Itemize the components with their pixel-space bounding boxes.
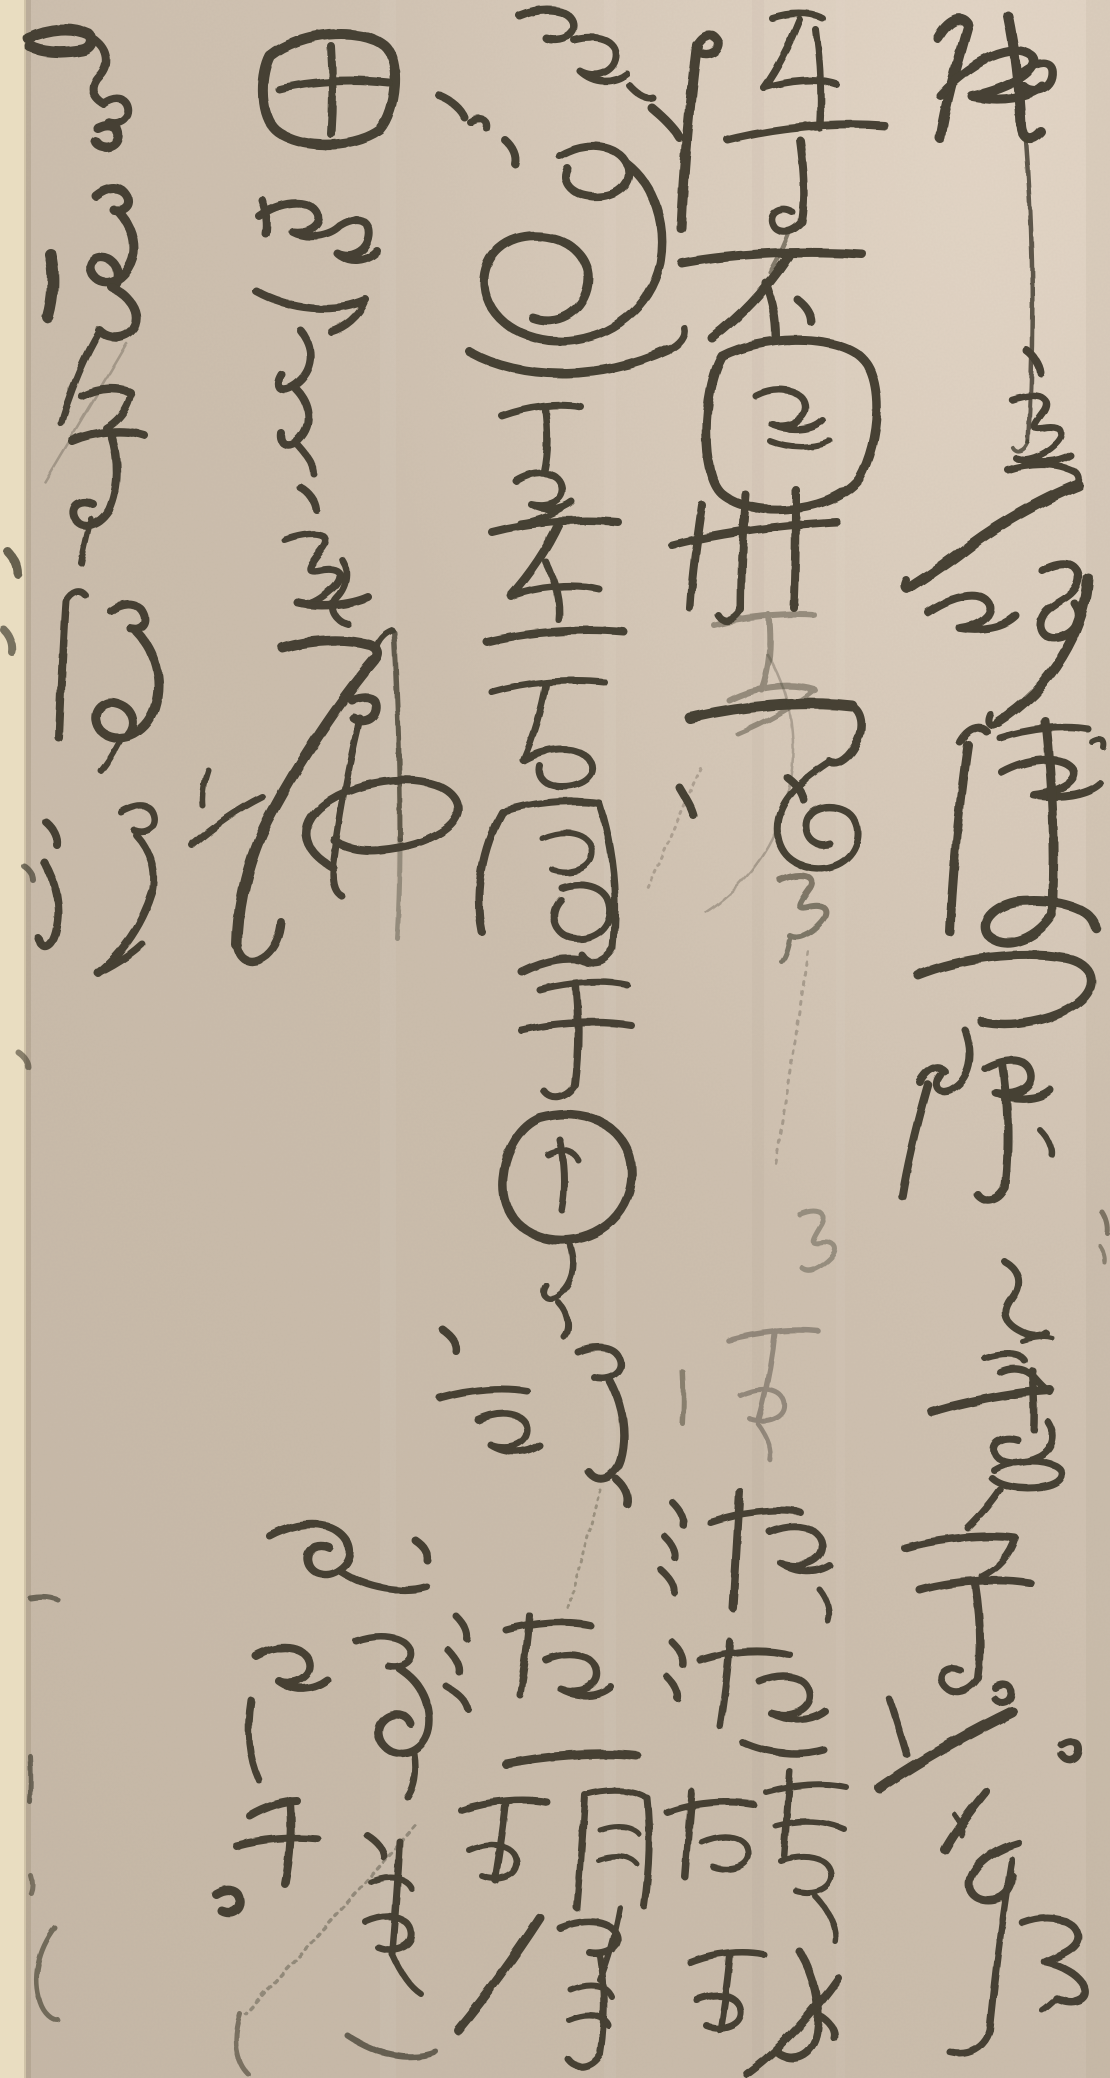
paper-background <box>0 0 1110 2078</box>
right-edge-shade <box>1086 0 1110 2078</box>
c2-g12-dash <box>683 1372 684 1424</box>
c2-g4-sa-stroke <box>794 490 796 608</box>
left-mount-strip <box>0 0 26 2078</box>
c4-g5-fo-large-stroke <box>397 840 400 938</box>
c5-g2-feng-stroke <box>48 254 53 317</box>
c3-g7-nian-stroke <box>575 985 578 1085</box>
c1-g9-zhang-stroke <box>1032 1370 1034 1430</box>
paper-crease <box>836 0 845 2078</box>
c2-g1-huo-stroke <box>800 140 804 222</box>
c2-g12-dash-stroke <box>683 1372 684 1424</box>
edge-marks-stroke <box>31 1876 33 1893</box>
paper-crease <box>380 0 396 2078</box>
calligraphy-scroll-photo <box>0 0 1110 2078</box>
c4-g1-tian-stroke <box>331 46 333 134</box>
paper-crease <box>604 0 616 2078</box>
calligraphy-canvas <box>0 0 1110 2078</box>
edge-marks-stroke <box>30 1756 31 1802</box>
paper-crease <box>752 0 764 2078</box>
c3-g3-zhi-stroke <box>544 407 547 471</box>
paper-background-stroke <box>0 0 1110 2078</box>
c3-g13-jie-stroke <box>600 1956 604 2054</box>
